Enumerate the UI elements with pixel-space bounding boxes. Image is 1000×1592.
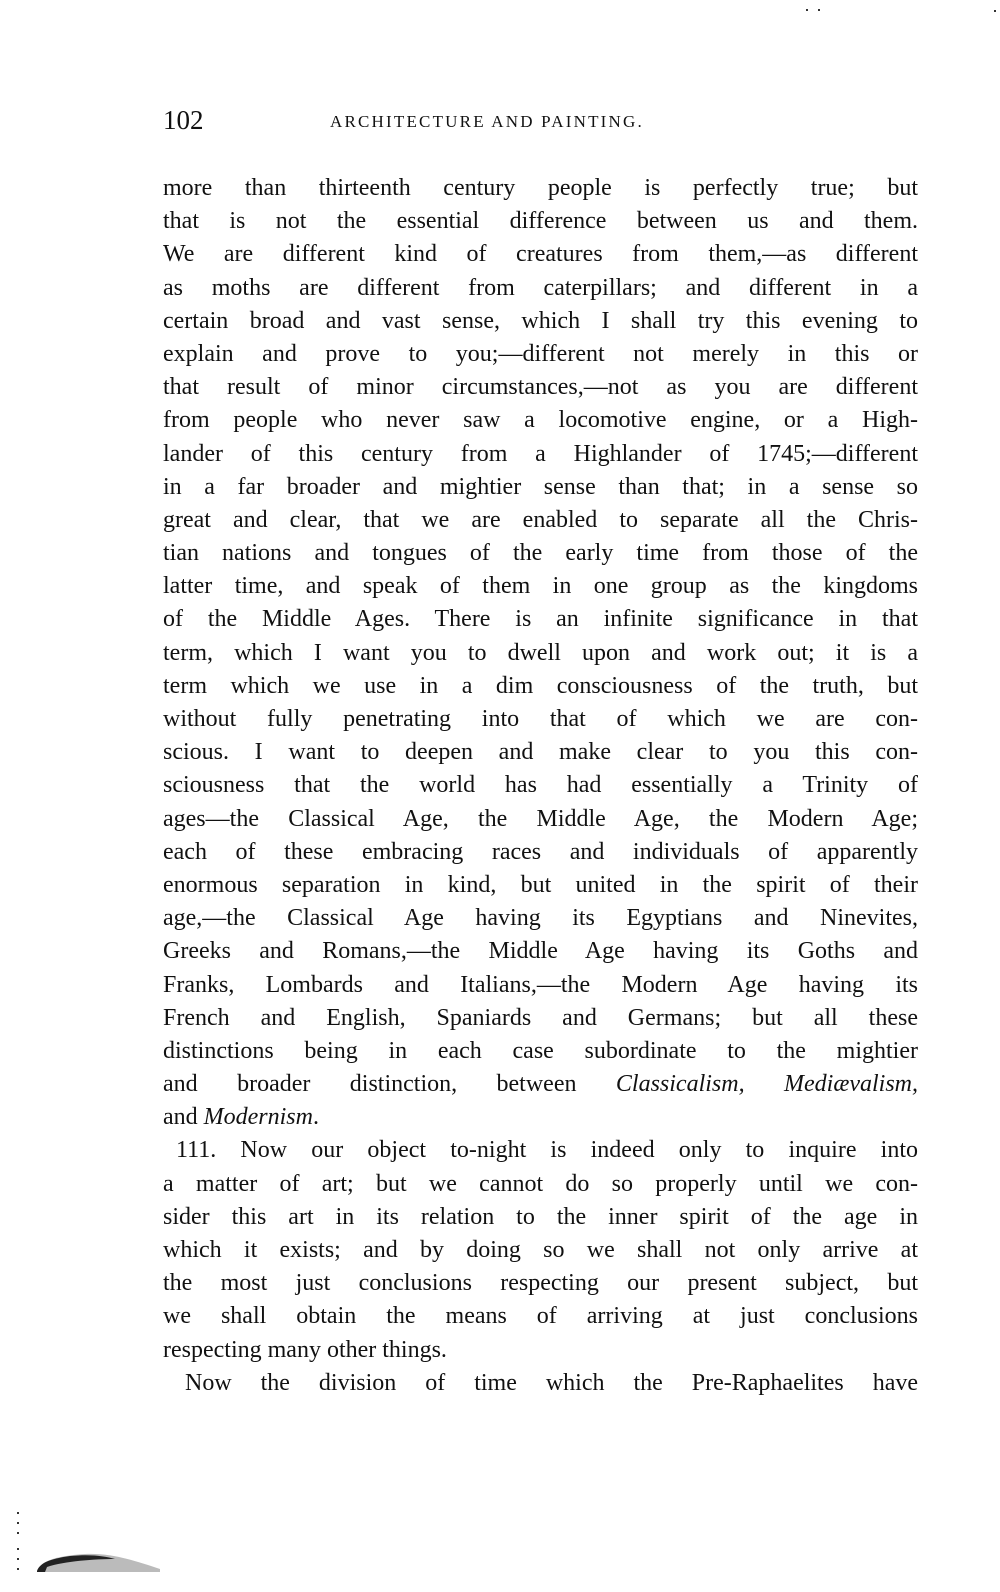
text-line: of the Middle Ages. There is an infinite… <box>163 603 918 636</box>
text-line: ages—the Classical Age, the Middle Age, … <box>163 803 918 836</box>
text-fragment: . <box>313 1104 319 1130</box>
text-line: as moths are different from caterpillars… <box>163 272 918 305</box>
text-line: we shall obtain the means of arriving at… <box>163 1300 918 1333</box>
text-line: term which we use in a dim consciousness… <box>163 670 918 703</box>
text-line: respecting many other things. <box>163 1334 918 1367</box>
text-line: explain and prove to you;—different not … <box>163 338 918 371</box>
text-line: certain broad and vast sense, which I sh… <box>163 305 918 338</box>
text-line: a matter of art; but we cannot do so pro… <box>163 1168 918 1201</box>
italic-term-modernism: Modernism <box>204 1104 313 1130</box>
scan-artifact-smudge <box>35 1551 165 1573</box>
text-fragment: and <box>163 1104 204 1130</box>
text-line: each of these embracing races and indivi… <box>163 836 918 869</box>
text-fragment: and broader distinction, between <box>163 1071 616 1097</box>
text-line-with-italics: and Modernism. <box>163 1101 918 1134</box>
scan-artifact-speck <box>818 9 820 11</box>
page-number: 102 <box>163 104 204 136</box>
text-line: Greeks and Romans,—the Middle Age having… <box>163 935 918 968</box>
running-head: 102 ARCHITECTURE AND PAINTING. <box>163 104 918 136</box>
text-line: from people who never saw a locomotive e… <box>163 404 918 437</box>
text-line: that is not the essential difference bet… <box>163 205 918 238</box>
text-line: scious. I want to deepen and make clear … <box>163 736 918 769</box>
text-line: age,—the Classical Age having its Egypti… <box>163 902 918 935</box>
scan-artifact-speck <box>806 9 808 11</box>
text-line: distinctions being in each case subordin… <box>163 1035 918 1068</box>
text-line: French and English, Spaniards and German… <box>163 1002 918 1035</box>
text-line: term, which I want you to dwell upon and… <box>163 637 918 670</box>
text-line: We are different kind of creatures from … <box>163 238 918 271</box>
book-page: 102 ARCHITECTURE AND PAINTING. more than… <box>0 0 1000 1592</box>
text-line: great and clear, that we are enabled to … <box>163 504 918 537</box>
text-line: that result of minor circumstances,—not … <box>163 371 918 404</box>
text-line: latter time, and speak of them in one gr… <box>163 570 918 603</box>
text-line: more than thirteenth century people is p… <box>163 172 918 205</box>
body-text: more than thirteenth century people is p… <box>163 172 918 1400</box>
italic-term-mediaevalism: Mediævalism, <box>784 1071 918 1097</box>
text-line: lander of this century from a Highlander… <box>163 438 918 471</box>
text-line: enormous separation in kind, but united … <box>163 869 918 902</box>
paragraph-111-first-line: 111. Now our object to-night is indeed o… <box>163 1134 918 1167</box>
scan-artifact-dots <box>17 1512 19 1574</box>
running-title: ARCHITECTURE AND PAINTING. <box>330 108 644 136</box>
text-line: the most just conclusions respecting our… <box>163 1267 918 1300</box>
italic-term-classicalism: Classicalism, <box>616 1071 745 1097</box>
text-line: tian nations and tongues of the early ti… <box>163 537 918 570</box>
text-line: without fully penetrating into that of w… <box>163 703 918 736</box>
text-line: in a far broader and mightier sense than… <box>163 471 918 504</box>
text-line: sciousness that the world has had essent… <box>163 769 918 802</box>
text-line-with-italics: and broader distinction, between Classic… <box>163 1068 918 1101</box>
text-line: sider this art in its relation to the in… <box>163 1201 918 1234</box>
text-line: which it exists; and by doing so we shal… <box>163 1234 918 1267</box>
text-line: Franks, Lombards and Italians,—the Moder… <box>163 969 918 1002</box>
next-paragraph-first-line: Now the division of time which the Pre-R… <box>163 1367 918 1400</box>
text-fragment <box>745 1071 784 1097</box>
scan-artifact-speck <box>994 10 996 12</box>
